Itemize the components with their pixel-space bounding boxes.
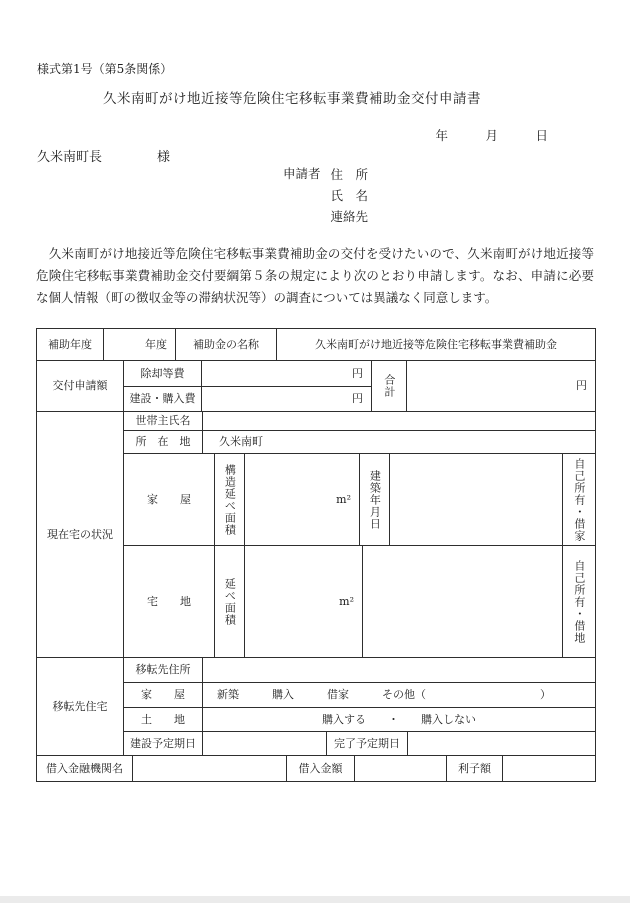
relocation-address-value-cell: [203, 658, 595, 683]
table-row-subsidy: 補助年度 年度 補助金の名称 久米南町がけ地近接等危険住宅移転事業費補助金: [37, 329, 595, 361]
structure-area-label: 構造延べ面積: [215, 454, 245, 546]
current-land-row: 宅 地 延べ面積 m² 自己所有・借地: [124, 546, 595, 658]
applicant-label: 申請者: [283, 164, 321, 182]
relocation-address-label: 移転先住所: [124, 658, 203, 683]
current-land-label: 宅 地: [124, 546, 215, 658]
document-title: 久米南町がけ地近接等危険住宅移転事業費補助金交付申請書: [36, 87, 594, 107]
completion-date-value-cell: [408, 732, 595, 756]
relocation-house-options-cell: 新築 購入 借家 その他（ ）: [203, 683, 595, 708]
addressee-name: 久米南町長: [37, 150, 102, 165]
interest-label: 利子額: [447, 756, 503, 781]
lender-value-cell: [133, 756, 287, 781]
schedule-row: 建設予定期日 完了予定期日: [124, 732, 595, 756]
land-tenure-label: 自己所有・借地: [563, 546, 595, 658]
body-paragraph: 久米南町がけ地接近等危険住宅移転事業費補助金の交付を受けたいので、久米南町がけ地…: [36, 243, 594, 309]
amount-subrows: 除却等費 円 建設・購入費 円: [124, 361, 372, 412]
page-bottom-edge: [0, 896, 630, 903]
construction-cost-label: 建設・購入費: [124, 387, 202, 412]
relocation-address-row: 移転先住所: [124, 658, 595, 683]
relocation-subrows: 移転先住所 家 屋 新築 購入 借家 その他（ ） 土 地 購入する ・ 購入し…: [124, 658, 595, 756]
form-number: 様式第1号（第5条関係）: [37, 60, 172, 77]
householder-value-cell: [203, 412, 595, 431]
householder-row: 世帯主氏名: [124, 412, 595, 431]
removal-cost-row: 除却等費 円: [124, 361, 372, 387]
relocation-land-options: 購入する ・ 購入しない: [203, 708, 595, 732]
lender-label: 借入金融機関名: [37, 756, 133, 781]
subsidy-year-value-cell: 年度: [104, 329, 176, 361]
location-label: 所 在 地: [124, 431, 203, 454]
table-section-relocation: 移転先住宅 移転先住所 家 屋 新築 購入 借家 その他（ ） 土 地 購入する…: [37, 658, 595, 756]
relocation-land-label: 土 地: [124, 708, 203, 732]
construction-cost-value-cell: 円: [202, 387, 372, 412]
removal-cost-value-cell: 円: [202, 361, 372, 387]
interest-value-cell: [503, 756, 595, 781]
addressee-honorific: 様: [157, 150, 170, 165]
built-date-label: 建築年月日: [360, 454, 390, 546]
current-building-row: 家 屋 構造延べ面積 m² 建築年月日 自己所有・借家: [124, 454, 595, 546]
construction-date-label: 建設予定期日: [124, 732, 203, 756]
land-area-value-cell: m²: [245, 546, 363, 658]
amount-total-value-cell: 円: [407, 361, 595, 412]
document-page: 様式第1号（第5条関係） 久米南町がけ地近接等危険住宅移転事業費補助金交付申請書…: [0, 0, 630, 903]
relocation-section-label: 移転先住宅: [37, 658, 124, 756]
application-table: 補助年度 年度 補助金の名称 久米南町がけ地近接等危険住宅移転事業費補助金 交付…: [36, 328, 596, 782]
subsidy-name-value: 久米南町がけ地近接等危険住宅移転事業費補助金: [277, 329, 595, 361]
applicant-contact-label: 連絡先: [331, 206, 369, 227]
house-tenure-label: 自己所有・借家: [563, 454, 595, 546]
current-house-subrows: 世帯主氏名 所 在 地 久米南町 家 屋 構造延べ面積 m² 建築年月日 自己所…: [124, 412, 595, 658]
relocation-house-options-close-paren: ）: [540, 688, 551, 702]
current-land-blank-cell: [363, 546, 563, 658]
current-house-section-label: 現在宅の状況: [37, 412, 124, 658]
date-line: 年 月 日: [36, 126, 594, 144]
householder-label: 世帯主氏名: [124, 412, 203, 431]
location-value: 久米南町: [203, 431, 595, 454]
applicant-name-label: 氏 名: [331, 185, 369, 206]
completion-date-label: 完了予定期日: [327, 732, 408, 756]
loan-amount-label: 借入金額: [287, 756, 355, 781]
relocation-house-options: 新築 購入 借家 その他（: [217, 688, 426, 702]
structure-area-value-cell: m²: [245, 454, 360, 546]
applicant-address-label: 住 所: [331, 164, 369, 185]
relocation-house-row: 家 屋 新築 購入 借家 その他（ ）: [124, 683, 595, 708]
table-row-loan: 借入金融機関名 借入金額 利子額: [37, 756, 595, 781]
construction-cost-row: 建設・購入費 円: [124, 387, 372, 412]
location-row: 所 在 地 久米南町: [124, 431, 595, 454]
relocation-house-label: 家 屋: [124, 683, 203, 708]
amount-section-label: 交付申請額: [37, 361, 124, 412]
built-date-value-cell: [390, 454, 563, 546]
removal-cost-label: 除却等費: [124, 361, 202, 387]
table-section-amount: 交付申請額 除却等費 円 建設・購入費 円 合計 円: [37, 361, 595, 412]
table-section-current-house: 現在宅の状況 世帯主氏名 所 在 地 久米南町 家 屋 構造延べ面積 m² 建築…: [37, 412, 595, 658]
subsidy-year-label: 補助年度: [37, 329, 104, 361]
current-building-label: 家 屋: [124, 454, 215, 546]
applicant-field-labels: 住 所 氏 名 連絡先: [331, 164, 369, 227]
amount-total-label: 合計: [372, 361, 407, 412]
addressee-line: 久米南町長様: [37, 146, 170, 165]
construction-date-value-cell: [203, 732, 327, 756]
land-area-label: 延べ面積: [215, 546, 245, 658]
subsidy-name-label: 補助金の名称: [176, 329, 277, 361]
loan-amount-value-cell: [355, 756, 447, 781]
relocation-land-row: 土 地 購入する ・ 購入しない: [124, 708, 595, 732]
applicant-block: 申請者 住 所 氏 名 連絡先: [283, 164, 368, 227]
